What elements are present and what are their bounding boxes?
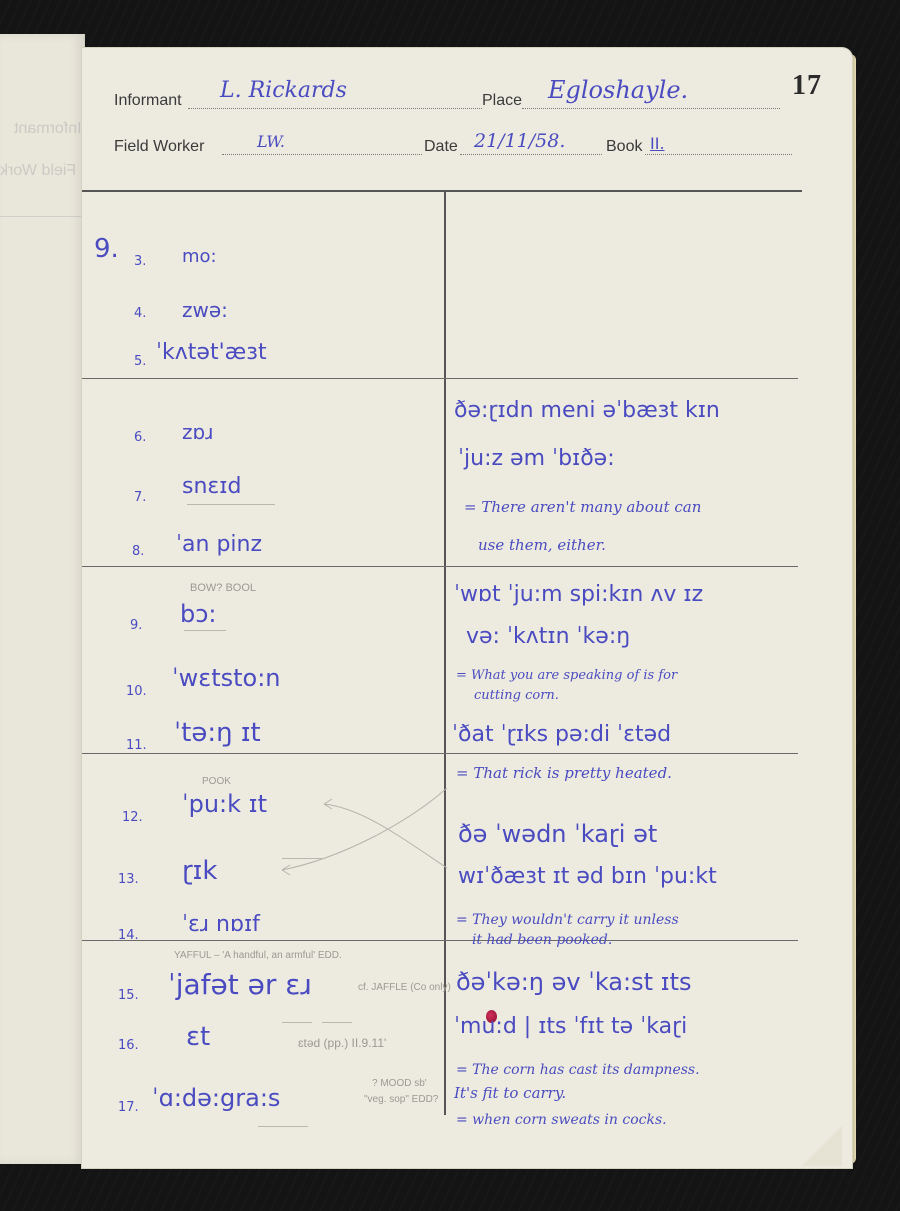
place-value: Egloshayle. (548, 76, 688, 104)
entry-number: 9. (130, 618, 142, 633)
entry-ipa: ˈɑ:də:gra:s (152, 1084, 280, 1112)
entry-number: 16. (118, 1038, 139, 1053)
entry-number: 15. (118, 988, 139, 1003)
entry-ipa: mo: (182, 246, 217, 267)
informant-dotted-line (188, 108, 482, 109)
book-value: II. (650, 134, 665, 153)
sentence-gloss: It's fit to carry. (454, 1084, 566, 1102)
sentence-gloss: it had been pooked. (472, 932, 612, 948)
header-rule (82, 190, 802, 192)
row-divider-4 (82, 940, 798, 941)
pencil-annotation: BOW? BOOL (190, 582, 256, 594)
bleed-through-informant: Informant (14, 120, 82, 138)
pencil-underline (282, 1022, 312, 1023)
bleed-through-rule (0, 216, 84, 217)
page-number: 17 (792, 70, 822, 102)
pencil-underline (258, 1126, 308, 1127)
entry-number: 10. (126, 684, 147, 699)
sentence-gloss: = That rick is pretty heated. (456, 764, 672, 782)
pencil-underline (322, 1022, 352, 1023)
sentence-ipa: və: ˈkʌtɪn ˈkə:ŋ (466, 624, 630, 649)
pencil-annotation: ɛtəd (pp.) II.9.11' (298, 1036, 386, 1050)
entry-number: 8. (132, 544, 144, 559)
sentence-gloss: = What you are speaking of is for (456, 668, 677, 683)
pencil-underline (187, 504, 275, 505)
section-number: 9. (94, 234, 119, 264)
date-value: 21/11/58. (474, 130, 565, 152)
entry-ipa: ɛt (186, 1022, 210, 1052)
entry-ipa: snɛɪd (182, 474, 241, 499)
entry-number: 12. (122, 810, 143, 825)
date-dotted-line (460, 154, 602, 155)
date-label: Date (424, 138, 458, 156)
sentence-ipa: wɪˈðæɜt ɪt əd bɪn ˈpu:kt (458, 864, 717, 889)
field-worker-dotted-line (222, 154, 422, 155)
previous-page-edge: Informant Field Work (0, 34, 85, 1164)
book-dotted-line (645, 154, 792, 155)
sentence-ipa: ˈju:z əm ˈbɪðə: (458, 446, 615, 471)
sentence-gloss: = There aren't many about can (464, 498, 701, 516)
bleed-through-field-worker: Field Work (0, 162, 76, 180)
entry-number: 7. (134, 490, 146, 505)
entry-number: 13. (118, 872, 139, 887)
pencil-crossed-arrows (232, 788, 452, 898)
sentence-ipa: ˈwɒt ˈju:m spi:kɪn ʌv ɪz (454, 582, 703, 607)
pencil-annotation: YAFFUL – 'A handful, an armful' EDD. (174, 950, 342, 961)
folded-corner (802, 1126, 842, 1166)
entry-ipa: bɔ: (180, 600, 217, 628)
entry-number: 11. (126, 738, 147, 753)
field-worker-value: LW. (257, 132, 285, 151)
entry-ipa: ɽɪk (182, 856, 217, 886)
sentence-gloss: = when corn sweats in cocks. (456, 1112, 667, 1128)
pencil-underline (184, 630, 226, 631)
entry-ipa: ˈɛɹ nɒɪf (182, 912, 260, 937)
row-divider-1 (82, 378, 798, 379)
entry-ipa: zɒɹ (182, 420, 213, 444)
pencil-annotation-cf: cf. JAFFLE (Co only) (358, 982, 451, 993)
column-divider (444, 190, 446, 1115)
entry-number: 14. (118, 928, 139, 943)
entry-ipa: zwə: (182, 298, 228, 322)
entry-number: 3. (134, 254, 146, 269)
entry-number: 4. (134, 306, 146, 321)
pencil-annotation: ? MOOD sb' (372, 1078, 427, 1089)
field-worker-label: Field Worker (114, 138, 204, 156)
sentence-ipa: ˈðat ˈɽɪks pə:di ˈɛtəd (452, 722, 671, 747)
entry-ipa: ˈan pinz (176, 532, 262, 557)
informant-label: Informant (114, 92, 182, 110)
row-divider-2 (82, 566, 798, 567)
entry-ipa: ˈjafət ər ɛɹ (168, 968, 312, 1001)
entry-ipa: ˈwɛtsto:n (172, 664, 281, 692)
sentence-gloss: use them, either. (478, 536, 606, 554)
place-dotted-line (522, 108, 780, 109)
pencil-annotation-2: "veg. sop" EDD? (364, 1094, 438, 1105)
sentence-ipa: ðəˈkə:ŋ əv ˈka:st ɪts (456, 968, 691, 996)
sentence-gloss: = The corn has cast its dampness. (456, 1062, 700, 1078)
book-label: Book (606, 138, 642, 156)
entry-number: 17. (118, 1100, 139, 1115)
entry-number: 5. (134, 354, 146, 369)
entry-ipa: ˈkʌtət'æɜt (156, 340, 267, 365)
informant-value: L. Rickards (220, 78, 347, 103)
sentence-ipa: ˈmu:d | ɪts ˈfɪt tə ˈkaɽi (454, 1014, 687, 1039)
sentence-gloss: = They wouldn't carry it unless (456, 912, 679, 928)
sentence-ipa: ðə ˈwədn ˈkaɽi ət (458, 820, 657, 848)
sentence-ipa: ðə:ɽɪdn meni əˈbæɜt kɪn (454, 398, 720, 423)
pencil-annotation: POOK (202, 776, 231, 787)
entry-number: 6. (134, 430, 146, 445)
notebook-page: 17 Informant L. Rickards Place Egloshayl… (82, 48, 852, 1168)
entry-ipa: ˈtə:ŋ ɪt (174, 718, 261, 748)
row-divider-3 (82, 753, 798, 754)
sentence-gloss: cutting corn. (474, 688, 559, 703)
place-label: Place (482, 92, 522, 110)
